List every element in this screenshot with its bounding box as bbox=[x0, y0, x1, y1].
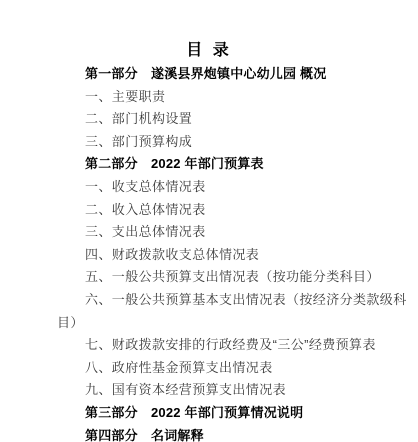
toc-entry: 一、收支总体情况表 bbox=[57, 176, 409, 199]
toc-entry: 五、一般公共预算支出情况表（按功能分类科目） bbox=[57, 266, 409, 289]
toc-entry: 第一部分 遂溪县界炮镇中心幼儿园 概况 bbox=[57, 63, 409, 86]
toc-entry: 二、部门机构设置 bbox=[57, 108, 409, 131]
toc-entry: 四、财政拨款收支总体情况表 bbox=[57, 244, 409, 267]
toc-entry: 七、财政拨款安排的行政经费及“三公”经费预算表 bbox=[57, 334, 409, 357]
toc-entry: 三、支出总体情况表 bbox=[57, 221, 409, 244]
toc-entry: 三、部门预算构成 bbox=[57, 131, 409, 154]
document-page: 目 录 第一部分 遂溪县界炮镇中心幼儿园 概况一、主要职责二、部门机构设置三、部… bbox=[0, 0, 418, 442]
toc-list: 第一部分 遂溪县界炮镇中心幼儿园 概况一、主要职责二、部门机构设置三、部门预算构… bbox=[57, 63, 409, 442]
toc-entry: 二、收入总体情况表 bbox=[57, 199, 409, 222]
toc-entry: 第二部分 2022 年部门预算表 bbox=[57, 153, 409, 176]
toc-entry: 九、国有资本经营预算支出情况表 bbox=[57, 379, 409, 402]
toc-entry: 六、一般公共预算基本支出情况表（按经济分类款级科目） bbox=[57, 289, 409, 334]
toc-entry: 第三部分 2022 年部门预算情况说明 bbox=[57, 402, 409, 425]
toc-entry: 八、政府性基金预算支出情况表 bbox=[57, 357, 409, 380]
document-title: 目 录 bbox=[0, 0, 418, 62]
toc-entry: 一、主要职责 bbox=[57, 86, 409, 109]
toc-entry: 第四部分 名词解释 bbox=[57, 425, 409, 442]
